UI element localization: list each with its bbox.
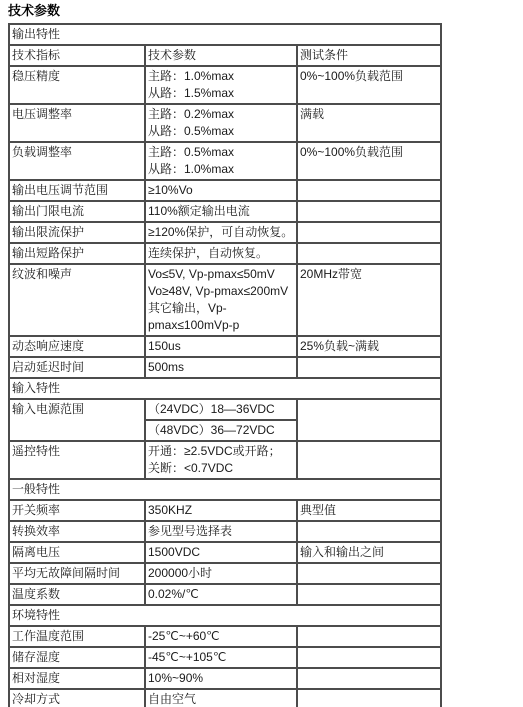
cell-test-condition: [297, 180, 441, 201]
section-row: 一般特性: [9, 479, 441, 500]
cell-spec-name: 启动延迟时间: [9, 357, 145, 378]
cell-spec-name: 冷却方式: [9, 689, 145, 707]
cell-spec-name: 开关频率: [9, 500, 145, 521]
cell-test-condition: [297, 243, 441, 264]
cell-spec-name: 储存湿度: [9, 647, 145, 668]
cell-spec-value: 150us: [145, 336, 297, 357]
section-header-environment: 环境特性: [9, 605, 441, 626]
table-row: 转换效率 参见型号选择表: [9, 521, 441, 542]
page-title: 技术参数: [8, 3, 523, 18]
cell-test-condition: [297, 399, 441, 441]
table-row: 温度系数 0.02%/℃: [9, 584, 441, 605]
cell-test-condition: [297, 689, 441, 707]
cell-spec-name: 平均无故障间隔时间: [9, 563, 145, 584]
column-header-row: 技术指标 技术参数 测试条件: [9, 45, 441, 66]
cell-test-condition: [297, 647, 441, 668]
table-row: 相对湿度 10%~90%: [9, 668, 441, 689]
cell-test-condition: 20MHz带宽: [297, 264, 441, 336]
cell-test-condition: 0%~100%负载范围: [297, 66, 441, 104]
table-row: 输出限流保护 ≥120%保护，可自动恢复。: [9, 222, 441, 243]
cell-test-condition: [297, 222, 441, 243]
cell-spec-value: ≥120%保护，可自动恢复。: [145, 222, 297, 243]
cell-spec-value: 参见型号选择表: [145, 521, 297, 542]
table-row: 开关频率 350KHZ 典型值: [9, 500, 441, 521]
table-row: 遥控特性 开通：≥2.5VDC或开路； 关断：<0.7VDC: [9, 441, 441, 479]
table-row: 输出电压调节范围 ≥10%Vo: [9, 180, 441, 201]
table-row: 储存湿度 -45℃~+105℃: [9, 647, 441, 668]
cell-spec-value: Vo≤5V, Vp-pmax≤50mV Vo≥48V, Vp-pmax≤200m…: [145, 264, 297, 336]
section-header-input: 输入特性: [9, 378, 441, 399]
spec-table: 输出特性 技术指标 技术参数 测试条件 稳压精度 主路：1.0%max 从路：1…: [8, 23, 442, 707]
column-header-indicator: 技术指标: [9, 45, 145, 66]
section-header-output: 输出特性: [9, 24, 441, 45]
cell-test-condition: [297, 521, 441, 542]
cell-spec-value: （48VDC）36—72VDC: [145, 420, 297, 441]
cell-spec-value: 开通：≥2.5VDC或开路； 关断：<0.7VDC: [145, 441, 297, 479]
cell-spec-name: 工作温度范围: [9, 626, 145, 647]
cell-spec-name: 隔离电压: [9, 542, 145, 563]
cell-spec-name: 输出门限电流: [9, 201, 145, 222]
cell-spec-value: -45℃~+105℃: [145, 647, 297, 668]
table-row: 冷却方式 自由空气: [9, 689, 441, 707]
cell-spec-name: 输出限流保护: [9, 222, 145, 243]
cell-test-condition: 满载: [297, 104, 441, 142]
cell-test-condition: 0%~100%负载范围: [297, 142, 441, 180]
cell-spec-name: 动态响应速度: [9, 336, 145, 357]
section-row: 输入特性: [9, 378, 441, 399]
cell-spec-name: 输出电压调节范围: [9, 180, 145, 201]
cell-spec-value: 主路：1.0%max 从路：1.5%max: [145, 66, 297, 104]
section-header-general: 一般特性: [9, 479, 441, 500]
cell-test-condition: 25%负载~满载: [297, 336, 441, 357]
column-header-condition: 测试条件: [297, 45, 441, 66]
cell-test-condition: 输入和输出之间: [297, 542, 441, 563]
cell-spec-value: 500ms: [145, 357, 297, 378]
cell-test-condition: [297, 441, 441, 479]
cell-spec-value: 主路：0.5%max 从路：1.0%max: [145, 142, 297, 180]
cell-spec-value: 0.02%/℃: [145, 584, 297, 605]
cell-spec-value: ≥10%Vo: [145, 180, 297, 201]
cell-spec-value: 200000小时: [145, 563, 297, 584]
section-row: 环境特性: [9, 605, 441, 626]
table-row: 启动延迟时间 500ms: [9, 357, 441, 378]
cell-spec-name: 稳压精度: [9, 66, 145, 104]
cell-spec-value: 自由空气: [145, 689, 297, 707]
table-row: 稳压精度 主路：1.0%max 从路：1.5%max 0%~100%负载范围: [9, 66, 441, 104]
table-row: 隔离电压 1500VDC 输入和输出之间: [9, 542, 441, 563]
page: 技术参数 输出特性 技术指标 技术参数 测试条件 稳压精度 主路：1.0%max…: [0, 0, 523, 707]
cell-spec-name: 转换效率: [9, 521, 145, 542]
cell-spec-value: 10%~90%: [145, 668, 297, 689]
cell-test-condition: [297, 563, 441, 584]
table-row: 输出短路保护 连续保护，自动恢复。: [9, 243, 441, 264]
cell-test-condition: 典型值: [297, 500, 441, 521]
cell-spec-value: 1500VDC: [145, 542, 297, 563]
cell-spec-value: 110%额定输出电流: [145, 201, 297, 222]
cell-spec-name: 电压调整率: [9, 104, 145, 142]
cell-spec-name: 纹波和噪声: [9, 264, 145, 336]
table-row: 输入电源范围 （24VDC）18—36VDC: [9, 399, 441, 420]
table-row: 纹波和噪声 Vo≤5V, Vp-pmax≤50mV Vo≥48V, Vp-pma…: [9, 264, 441, 336]
cell-spec-value: 连续保护，自动恢复。: [145, 243, 297, 264]
cell-spec-value: 350KHZ: [145, 500, 297, 521]
table-row: 负载调整率 主路：0.5%max 从路：1.0%max 0%~100%负载范围: [9, 142, 441, 180]
cell-spec-value: 主路：0.2%max 从路：0.5%max: [145, 104, 297, 142]
cell-test-condition: [297, 201, 441, 222]
cell-spec-name: 温度系数: [9, 584, 145, 605]
cell-test-condition: [297, 626, 441, 647]
table-row: 平均无故障间隔时间 200000小时: [9, 563, 441, 584]
cell-test-condition: [297, 357, 441, 378]
cell-spec-name: 输出短路保护: [9, 243, 145, 264]
cell-spec-value: -25℃~+60℃: [145, 626, 297, 647]
table-row: 动态响应速度 150us 25%负载~满载: [9, 336, 441, 357]
table-row: 工作温度范围 -25℃~+60℃: [9, 626, 441, 647]
column-header-parameter: 技术参数: [145, 45, 297, 66]
cell-spec-value: （24VDC）18—36VDC: [145, 399, 297, 420]
table-row: 输出门限电流 110%额定输出电流: [9, 201, 441, 222]
cell-test-condition: [297, 668, 441, 689]
table-row: 电压调整率 主路：0.2%max 从路：0.5%max 满载: [9, 104, 441, 142]
cell-spec-name: 输入电源范围: [9, 399, 145, 441]
cell-spec-name: 相对湿度: [9, 668, 145, 689]
cell-spec-name: 遥控特性: [9, 441, 145, 479]
cell-spec-name: 负载调整率: [9, 142, 145, 180]
cell-test-condition: [297, 584, 441, 605]
section-row: 输出特性: [9, 24, 441, 45]
